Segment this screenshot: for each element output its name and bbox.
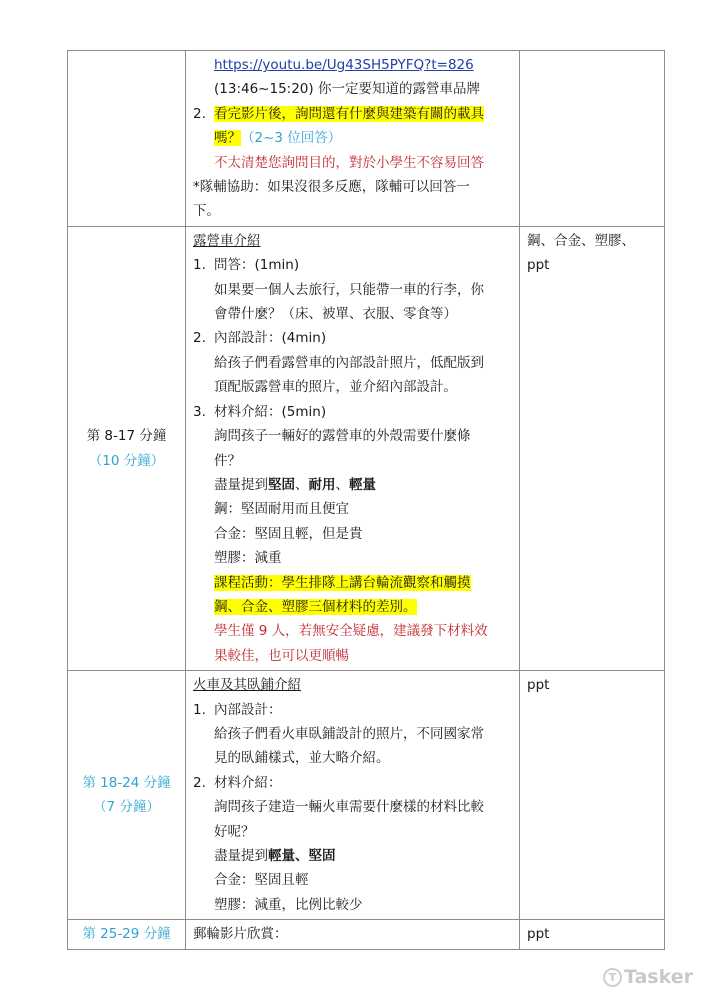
separator: 、 — [295, 477, 309, 493]
table-row: https://youtu.be/Ug43SH5PYFQ?t=826 (13:4… — [68, 51, 665, 227]
activity-cell: 露營車介紹 1.問答：(1min) 如果要一個人去旅行，只能帶一車的行李，你 會… — [186, 226, 520, 670]
separator: 、 — [336, 477, 350, 493]
activity-cell: 郵輪影片欣賞： — [186, 920, 520, 949]
keywords-line: 盡量提到堅固、耐用、輕量 — [193, 473, 513, 497]
text-line: 好呢？ — [193, 820, 513, 844]
table-row: 第 25-29 分鐘 郵輪影片欣賞： ppt — [68, 920, 665, 949]
time-cell: 第 25-29 分鐘 — [68, 920, 186, 949]
duration: （10 分鐘） — [68, 449, 185, 473]
assistant-note: *隊輔協助：如果沒很多反應，隊輔可以回答一 — [193, 175, 513, 199]
section-title: 郵輪影片欣賞： — [193, 922, 513, 946]
reviewer-comment: 不太清楚您詢問目的，對於小學生不容易回答 — [193, 151, 513, 175]
text-line: 會帶什麼？（床、被單、衣服、零食等） — [193, 302, 513, 326]
text-line: 給孩子們看火車臥鋪設計的照片，不同國家常 — [193, 722, 513, 746]
text: 盡量提到 — [214, 848, 268, 864]
time-cell: 第 18-24 分鐘 （7 分鐘） — [68, 671, 186, 920]
activity-cell: https://youtu.be/Ug43SH5PYFQ?t=826 (13:4… — [186, 51, 520, 227]
time-range: 第 8-17 分鐘 — [68, 424, 185, 448]
text-line: 詢問孩子一輛好的露營車的外殼需要什麼條 — [193, 424, 513, 448]
lesson-plan-table: https://youtu.be/Ug43SH5PYFQ?t=826 (13:4… — [67, 50, 665, 950]
watermark: T Tasker — [603, 966, 693, 988]
video-description: (13:46~15:20) 你一定要知道的露營車品牌 — [193, 77, 513, 101]
list-label: 內部設計：(4min) — [214, 330, 326, 346]
youtube-link[interactable]: https://youtu.be/Ug43SH5PYFQ?t=826 — [214, 57, 474, 73]
assistant-note-end: 下。 — [193, 199, 513, 223]
text-line: 給孩子們看露營車的內部設計照片，低配版到 — [193, 351, 513, 375]
section-title: 火車及其臥鋪介紹 — [193, 677, 301, 693]
list-label: 問答：(1min) — [214, 257, 299, 273]
tasker-logo-icon: T — [603, 968, 622, 987]
list-number: 2. — [193, 102, 214, 126]
table-row: 第 18-24 分鐘 （7 分鐘） 火車及其臥鋪介紹 1.內部設計： 給孩子們看… — [68, 671, 665, 920]
text-line: 件？ — [193, 449, 513, 473]
materials-ppt: ppt — [527, 922, 658, 946]
keywords-line: 盡量提到輕量、堅固 — [193, 844, 513, 868]
highlighted-question-end: 嗎？ — [214, 130, 241, 146]
text-line: 詢問孩子建造一輛火車需要什麼樣的材料比較 — [193, 795, 513, 819]
answer-count-note: （2~3 位回答） — [241, 130, 341, 146]
activity-cell: 火車及其臥鋪介紹 1.內部設計： 給孩子們看火車臥鋪設計的照片，不同國家常 見的… — [186, 671, 520, 920]
time-cell — [68, 51, 186, 227]
text: 盡量提到 — [214, 477, 268, 493]
reviewer-comment: 學生僅 9 人，若無安全疑慮，建議發下材料效 — [193, 619, 513, 643]
list-label: 內部設計： — [214, 702, 282, 718]
section-title: 露營車介紹 — [193, 233, 261, 249]
time-cell: 第 8-17 分鐘 （10 分鐘） — [68, 226, 186, 670]
time-range: 第 25-29 分鐘 — [68, 922, 185, 946]
list-number: 1. — [193, 698, 214, 722]
list-number: 2. — [193, 771, 214, 795]
watermark-text: Tasker — [624, 966, 693, 988]
keyword: 耐用 — [309, 477, 336, 493]
materials-ppt: ppt — [527, 673, 658, 697]
text-line: 見的臥鋪樣式，並大略介紹。 — [193, 746, 513, 770]
keyword: 堅固 — [268, 477, 295, 493]
highlighted-question: 看完影片後，詢問還有什麼與建築有關的載具 — [214, 106, 484, 122]
table-row: 第 8-17 分鐘 （10 分鐘） 露營車介紹 1.問答：(1min) 如果要一… — [68, 226, 665, 670]
list-number: 1. — [193, 253, 214, 277]
list-label: 材料介紹：(5min) — [214, 404, 326, 420]
keyword: 輕量 — [349, 477, 376, 493]
duration: （7 分鐘） — [68, 795, 185, 819]
course-activity: 課程活動：學生排隊上講台輪流觀察和觸摸 — [214, 575, 471, 591]
material-plastic: 塑膠：減重，比例比較少 — [193, 893, 513, 917]
materials-cell — [520, 51, 665, 227]
material-plastic: 塑膠：減重 — [193, 546, 513, 570]
material-steel: 鋼：堅固耐用而且便宜 — [193, 497, 513, 521]
material-alloy: 合金：堅固且輕，但是貴 — [193, 522, 513, 546]
text-line: 如果要一個人去旅行，只能帶一車的行李，你 — [193, 278, 513, 302]
list-number: 2. — [193, 326, 214, 350]
materials-cell: ppt — [520, 920, 665, 949]
list-number: 3. — [193, 400, 214, 424]
text-line: 頂配版露營車的照片，並介紹內部設計。 — [193, 375, 513, 399]
reviewer-comment-end: 果較佳，也可以更順暢 — [193, 644, 513, 668]
material-alloy: 合金：堅固且輕 — [193, 868, 513, 892]
materials-cell: ppt — [520, 671, 665, 920]
keyword: 輕量、堅固 — [268, 848, 336, 864]
materials-ppt: ppt — [527, 253, 658, 277]
course-activity-end: 鋼、合金、塑膠三個材料的差別。 — [214, 599, 417, 615]
materials-cell: 鋼、合金、塑膠、 ppt — [520, 226, 665, 670]
list-label: 材料介紹： — [214, 775, 282, 791]
materials-list: 鋼、合金、塑膠、 — [527, 229, 658, 253]
time-range: 第 18-24 分鐘 — [68, 771, 185, 795]
